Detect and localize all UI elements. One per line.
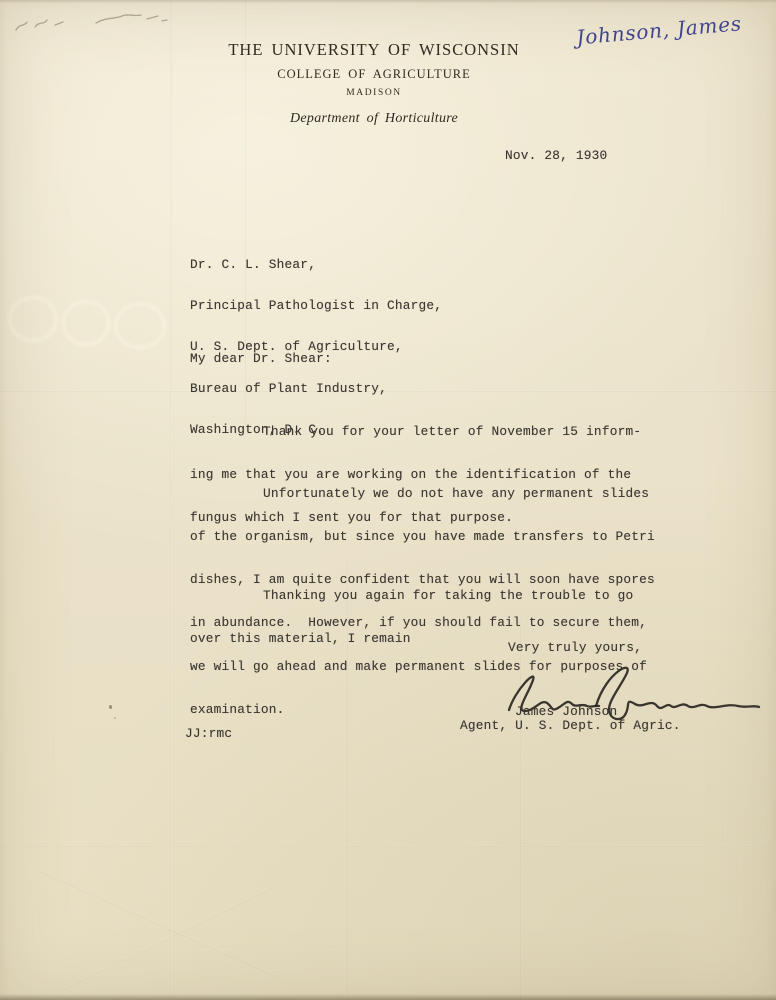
body-line: Unfortunately we do not have any permane…: [190, 487, 655, 501]
recipient-title: Principal Pathologist in Charge,: [190, 299, 442, 313]
body-line: Thank you for your letter of November 15…: [190, 425, 641, 439]
recipient-name: Dr. C. L. Shear,: [190, 258, 442, 272]
letterhead-college: COLLEGE OF AGRICULTURE: [0, 67, 748, 82]
salutation: My dear Dr. Shear:: [190, 352, 332, 366]
letterhead-department: Department of Horticulture: [0, 111, 748, 127]
letterhead: THE UNIVERSITY OF WISCONSIN COLLEGE OF A…: [0, 40, 748, 127]
body-line: of the organism, but since you have made…: [190, 530, 655, 544]
pencil-scribble-marks: [10, 6, 180, 42]
letterhead-city: MADISON: [0, 88, 748, 98]
valediction: Very truly yours,: [508, 641, 642, 655]
paper-stain-speck: [109, 705, 112, 709]
recipient-bureau: Bureau of Plant Industry,: [190, 382, 442, 396]
scan-edge-top: [0, 0, 776, 3]
paper-stain-speck: [114, 717, 116, 719]
date-line: Nov. 28, 1930: [505, 149, 607, 163]
scan-edge-bottom: [0, 994, 776, 1000]
typist-reference: JJ:rmc: [185, 727, 232, 741]
typed-signature-title: Agent, U. S. Dept. of Agric.: [460, 719, 681, 733]
body-line: Thanking you again for taking the troubl…: [190, 589, 633, 603]
